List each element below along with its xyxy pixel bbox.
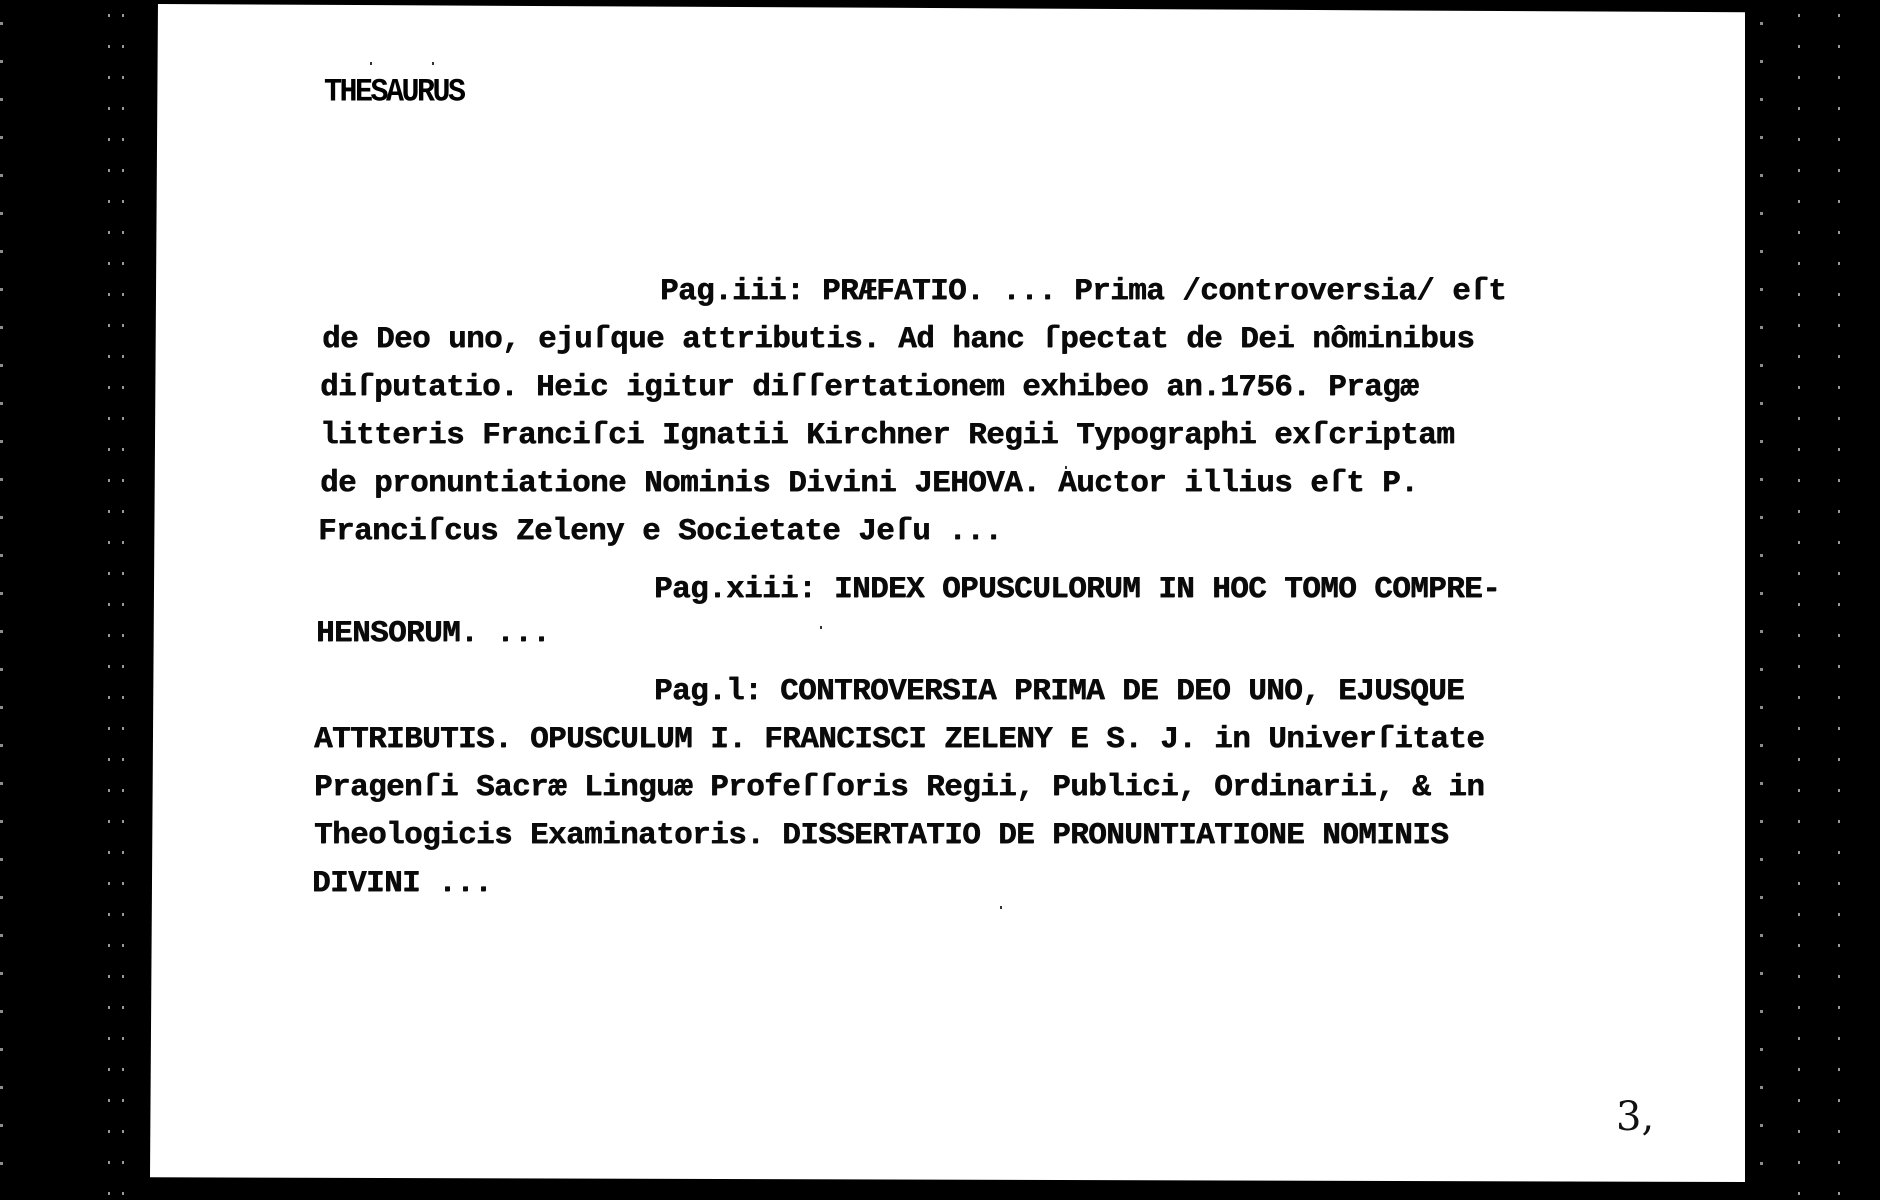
text-line: diſputatio. Heic igitur diſſertationem e… <box>320 370 1418 405</box>
card-header: THESAURUS <box>324 75 464 112</box>
text-line: HENSORUM. ... <box>316 616 550 651</box>
text-line: ATTRIBUTIS. OPUSCULUM I. FRANCISCI ZELEN… <box>314 722 1484 757</box>
speck <box>820 626 822 629</box>
text-line: Pragenſi Sacræ Linguæ Profeſſoris Regii,… <box>314 770 1484 805</box>
text-line: Pag.xiii: INDEX OPUSCULORUM IN HOC TOMO … <box>654 572 1500 607</box>
text-line: de pronuntiatione Nominis Divini JEHOVA.… <box>320 466 1418 501</box>
text-line: de Deo uno, ejuſque attributis. Ad hanc … <box>322 322 1474 357</box>
page-number: 3, <box>1616 1094 1654 1140</box>
text-line: Franciſcus Zeleny e Societate Jeſu ... <box>318 514 1002 549</box>
speck <box>1000 906 1002 909</box>
speck <box>1065 466 1067 469</box>
film-strip-left <box>0 0 120 1200</box>
film-strip-right <box>1760 0 1880 1200</box>
text-line: Pag.iii: PRÆFATIO. ... Prima /controvers… <box>660 274 1506 309</box>
text-line: Pag.l: CONTROVERSIA PRIMA DE DEO UNO, EJ… <box>654 674 1464 709</box>
speck <box>432 62 434 65</box>
speck <box>370 62 372 65</box>
index-card: THESAURUS Pag.iii: PRÆFATIO. ... Prima /… <box>150 4 1745 1182</box>
text-line: Theologicis Examinatoris. DISSERTATIO DE… <box>314 818 1448 853</box>
text-line: litteris Franciſci Ignatii Kirchner Regi… <box>320 418 1454 453</box>
text-line: DIVINI ... <box>312 866 492 901</box>
